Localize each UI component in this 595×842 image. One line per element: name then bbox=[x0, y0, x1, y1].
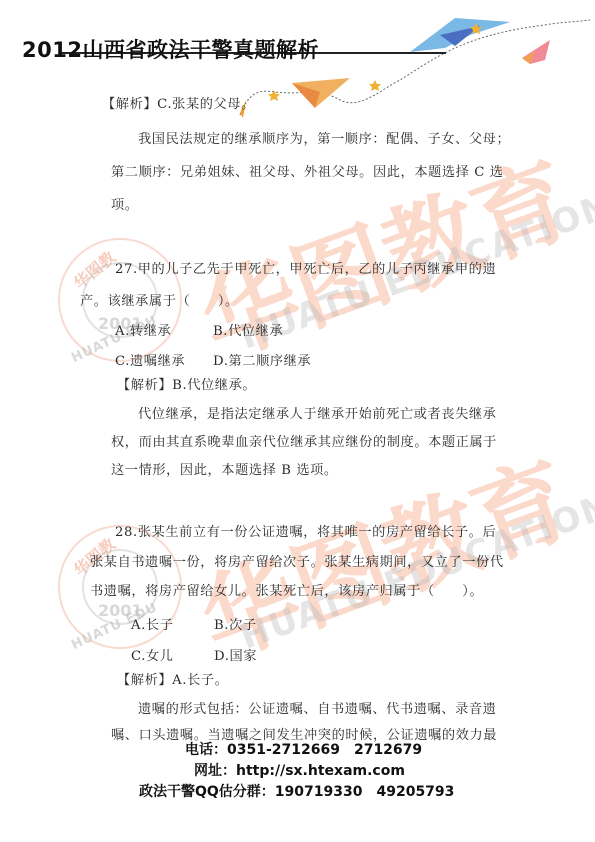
q26-explanation-line-3: 项。 bbox=[111, 194, 139, 213]
q27-explanation-line-1: 代位继承，是指法定继承人于继承开始前死亡或者丧失继承 bbox=[138, 403, 496, 422]
q27-analysis-label: 【解析】B.代位继承。 bbox=[117, 374, 256, 393]
q27-option-d: D.第二顺序继承 bbox=[213, 350, 311, 369]
q27-option-c: C.遗嘱继承 bbox=[115, 350, 185, 369]
q27-question-line-1: 27.甲的儿子乙先于甲死亡，甲死亡后，乙的儿子丙继承甲的遗 bbox=[115, 258, 496, 277]
q28-option-b: B.次子 bbox=[214, 614, 257, 633]
q28-explanation-line-1: 遗嘱的形式包括：公证遗嘱、自书遗嘱、代书遗嘱、录音遗 bbox=[138, 698, 496, 717]
q27-explanation-line-3: 这一情形，因此，本题选择 B 选项。 bbox=[111, 459, 338, 478]
footer-website[interactable]: 网址：http://sx.htexam.com bbox=[194, 760, 405, 780]
q28-option-d: D.国家 bbox=[214, 645, 257, 664]
q27-option-a: A.转继承 bbox=[115, 320, 171, 339]
q28-question-line-3: 书遗嘱，将房产留给女儿。张某死亡后，该房产归属于（ ）。 bbox=[90, 580, 483, 599]
q28-option-c: C.女儿 bbox=[131, 645, 174, 664]
q26-explanation-line-2: 第二顺序：兄弟姐妹、祖父母、外祖父母。因此，本题选择 C 选 bbox=[111, 161, 504, 180]
q27-explanation-line-2: 权，而由其直系晚辈血亲代位继承其应继份的制度。本题正属于 bbox=[111, 431, 497, 450]
page-title: 2012山西省政法干警真题解析 bbox=[22, 34, 319, 64]
q26-analysis-label: 【解析】C.张某的父母。 bbox=[102, 93, 255, 112]
q28-question-line-2: 张某自书遗嘱一份，将房产留给次子。张某生病期间，又立了一份代 bbox=[90, 551, 504, 570]
q28-option-a: A.长子 bbox=[131, 614, 174, 633]
footer-qq-group: 政法干警QQ估分群：190719330 49205793 bbox=[139, 781, 454, 801]
q28-analysis-label: 【解析】A.长子。 bbox=[117, 669, 228, 688]
star-icon bbox=[369, 80, 381, 91]
q28-question-line-1: 28.张某生前立有一份公证遗嘱，将其唯一的房产留给长子。后 bbox=[115, 521, 496, 540]
watermark-brand-en-bottom: HUATU EDUCATION bbox=[235, 486, 595, 658]
footer-phone: 电话：0351-2712669 2712679 bbox=[185, 739, 422, 759]
q26-explanation-line-1: 我国民法规定的继承顺序为，第一顺序：配偶、子女、父母； bbox=[138, 128, 510, 147]
q27-option-b: B.代位继承 bbox=[213, 320, 283, 339]
q27-question-line-2: 产。该继承属于（ ）。 bbox=[80, 290, 239, 309]
